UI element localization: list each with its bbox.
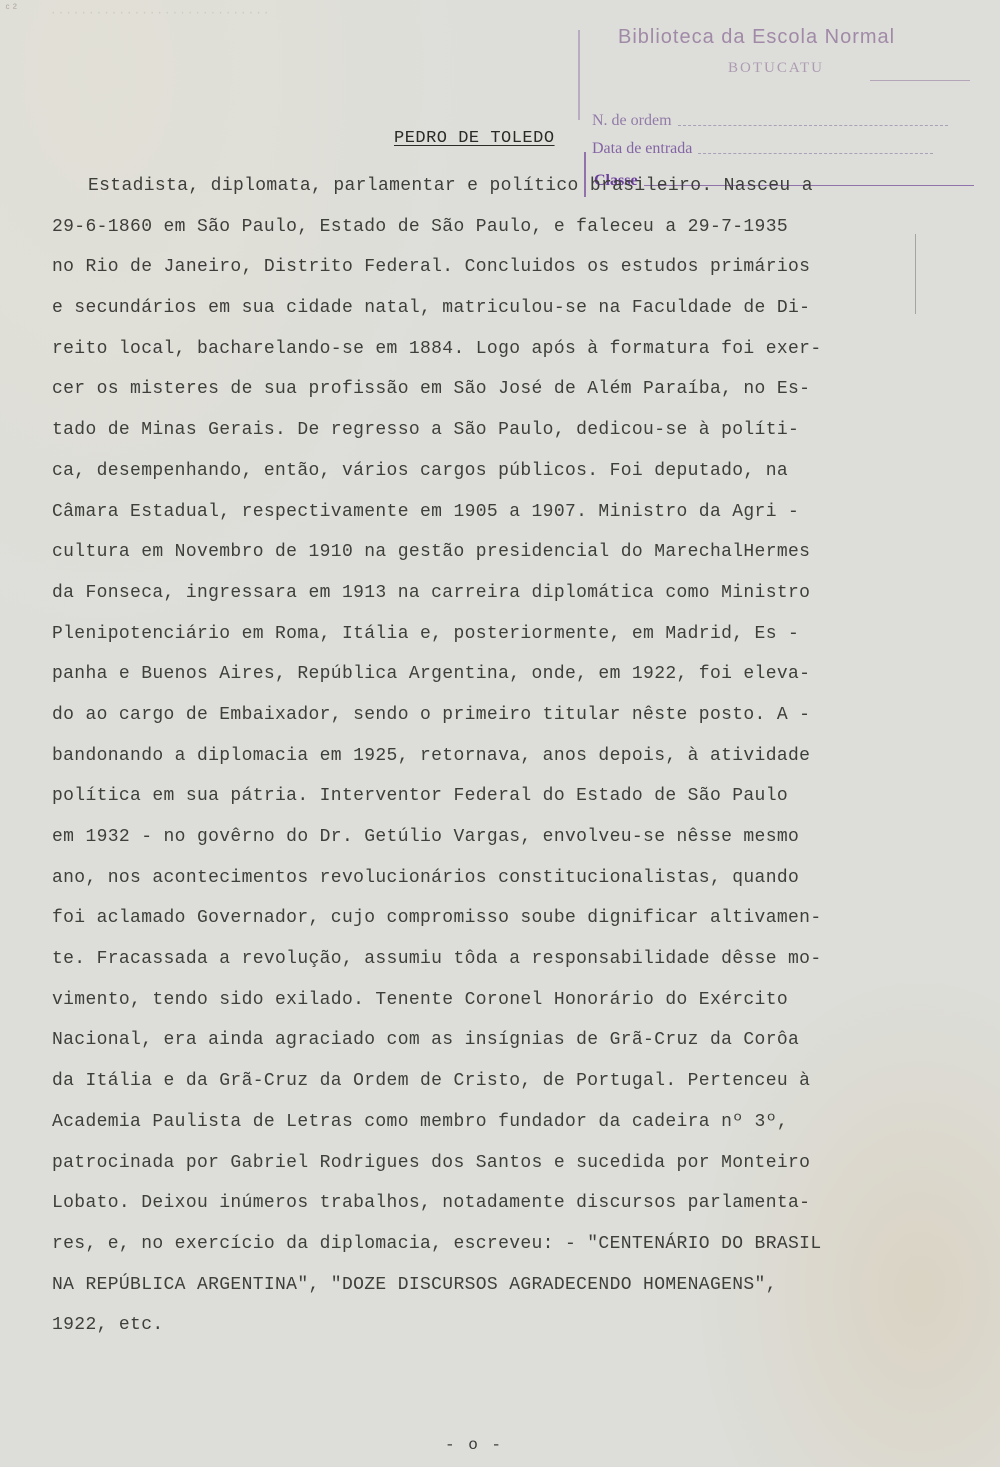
faded-bleedthrough-text: ····························· (50, 8, 290, 22)
body-line: patrocinada por Gabriel Rodrigues dos Sa… (52, 1143, 952, 1184)
body-line: da Itália e da Grã-Cruz da Ordem de Cris… (52, 1061, 952, 1102)
body-line: Estadista, diplomata, parlamentar e polí… (52, 166, 952, 207)
body-line: res, e, no exercício da diplomacia, escr… (52, 1224, 952, 1265)
body-line: tado de Minas Gerais. De regresso a São … (52, 410, 952, 451)
body-line: cer os misteres de sua profissão em São … (52, 369, 952, 410)
document-page: ᶜ² ····························· Bibliot… (0, 0, 1000, 1467)
body-line: Lobato. Deixou inúmeros trabalhos, notad… (52, 1183, 952, 1224)
body-line: te. Fracassada a revolução, assumiu tôda… (52, 939, 952, 980)
stamp-divider (870, 80, 970, 81)
body-line: cultura em Novembro de 1910 na gestão pr… (52, 532, 952, 573)
body-line: 1922, etc. (52, 1305, 952, 1346)
body-line: no Rio de Janeiro, Distrito Federal. Con… (52, 247, 952, 288)
body-line: em 1932 - no govêrno do Dr. Getúlio Varg… (52, 817, 952, 858)
body-line: ca, desempenhando, então, vários cargos … (52, 451, 952, 492)
body-line: Câmara Estadual, respectivamente em 1905… (52, 492, 952, 533)
body-line: Academia Paulista de Letras como membro … (52, 1102, 952, 1143)
body-line: foi aclamado Governador, cujo compromiss… (52, 898, 952, 939)
stamp-field-label: Data de entrada (592, 140, 692, 158)
body-line: panha e Buenos Aires, República Argentin… (52, 654, 952, 695)
stamp-field-line (678, 125, 948, 126)
body-line: política em sua pátria. Interventor Fede… (52, 776, 952, 817)
biography-body: Estadista, diplomata, parlamentar e polí… (52, 166, 952, 1346)
body-line: vimento, tendo sido exilado. Tenente Cor… (52, 980, 952, 1021)
body-line: ano, nos acontecimentos revolucionários … (52, 858, 952, 899)
body-line: do ao cargo de Embaixador, sendo o prime… (52, 695, 952, 736)
stamp-field-order-number: N. de ordem (592, 112, 948, 130)
document-title: PEDRO DE TOLEDO (394, 129, 555, 148)
corner-mark: ᶜ² (4, 2, 18, 16)
stamp-library-name: Biblioteca da Escola Normal (618, 26, 895, 49)
stamp-city: BOTUCATU (728, 60, 824, 77)
body-line: e secundários em sua cidade natal, matri… (52, 288, 952, 329)
body-line: bandonando a diplomacia em 1925, retorna… (52, 736, 952, 777)
stamp-field-line (698, 153, 933, 154)
stamp-field-label: N. de ordem (592, 112, 672, 130)
body-line: Nacional, era ainda agraciado com as ins… (52, 1020, 952, 1061)
body-line: 29-6-1860 em São Paulo, Estado de São Pa… (52, 207, 952, 248)
stamp-border (578, 30, 580, 120)
stamp-field-entry-date: Data de entrada (592, 140, 933, 158)
body-line: Plenipotenciário em Roma, Itália e, post… (52, 614, 952, 655)
body-line: NA REPÚBLICA ARGENTINA", "DOZE DISCURSOS… (52, 1265, 952, 1306)
page-end-mark: - o - (445, 1436, 503, 1454)
body-line: da Fonseca, ingressara em 1913 na carrei… (52, 573, 952, 614)
body-line: reito local, bacharelando-se em 1884. Lo… (52, 329, 952, 370)
